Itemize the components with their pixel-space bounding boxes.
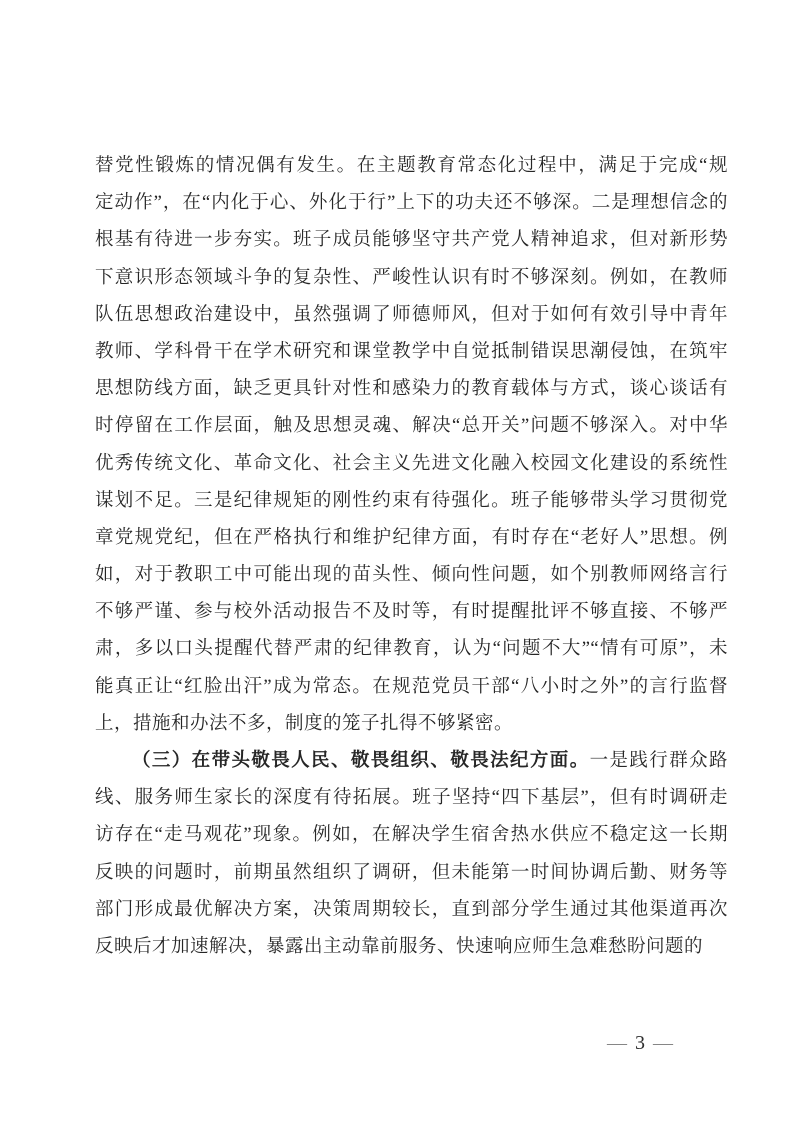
page-number: 3	[635, 1029, 645, 1057]
text-line: 肃，多以口头提醒代替严肃的纪律教育，认为“问题不大”“情有可原”，未	[95, 631, 728, 668]
text-line: 教师、学科骨干在学术研究和课堂教学中自觉抵制错误思潮侵蚀，在筑牢	[95, 334, 728, 371]
text-line: 谋划不足。三是纪律规矩的刚性约束有待强化。班子能够带头学习贯彻党	[95, 483, 728, 520]
text-run: 时停留在工作层面，触及思想灵魂、解决“总开关”问题不够深入。对中华	[95, 416, 728, 436]
text-line: 反映后才加速解决，暴露出主动靠前服务、快速响应师生急难愁盼问题的	[95, 929, 728, 966]
text-run: 能真正让“红脸出汗”成为常态。在规范党员干部“八小时之外”的言行监督	[95, 677, 728, 697]
text-run: 下意识形态领域斗争的复杂性、严峻性认识有时不够深刻。例如，在教师	[95, 268, 728, 288]
text-line: （三）在带头敬畏人民、敬畏组织、敬畏法纪方面。一是践行群众路	[95, 743, 728, 780]
text-run: 优秀传统文化、革命文化、社会主义先进文化融入校园文化建设的系统性	[95, 454, 728, 474]
text-run: 教师、学科骨干在学术研究和课堂教学中自觉抵制错误思潮侵蚀，在筑牢	[95, 342, 728, 362]
text-line: 定动作”，在“内化于心、外化于行”上下的功夫还不够深。二是理想信念的	[95, 185, 728, 222]
text-line: 根基有待进一步夯实。班子成员能够坚守共产党人精神追求，但对新形势	[95, 222, 728, 259]
text-run: 一是践行群众路	[590, 751, 728, 771]
document-page: 替党性锻炼的情况偶有发生。在主题教育常态化过程中，满足于完成“规定动作”，在“内…	[0, 0, 793, 1122]
text-run: 谋划不足。三是纪律规矩的刚性约束有待强化。班子能够带头学习贯彻党	[95, 491, 728, 511]
text-line: 不够严谨、参与校外活动报告不及时等，有时提醒批评不够直接、不够严	[95, 594, 728, 631]
text-run: 思想防线方面，缺乏更具针对性和感染力的教育载体与方式，谈心谈话有	[95, 379, 728, 399]
text-line: 如，对于教职工中可能出现的苗头性、倾向性问题，如个别教师网络言行	[95, 557, 728, 594]
text-run: 替党性锻炼的情况偶有发生。在主题教育常态化过程中，满足于完成“规	[95, 156, 728, 176]
text-line: 线、服务师生家长的深度有待拓展。班子坚持“四下基层”，但有时调研走	[95, 780, 728, 817]
text-line: 队伍思想政治建设中，虽然强调了师德师风，但对于如何有效引导中青年	[95, 297, 728, 334]
text-run: 如，对于教职工中可能出现的苗头性、倾向性问题，如个别教师网络言行	[95, 565, 728, 585]
section-heading: （三）在带头敬畏人民、敬畏组织、敬畏法纪方面。	[132, 751, 590, 771]
body-text: 替党性锻炼的情况偶有发生。在主题教育常态化过程中，满足于完成“规定动作”，在“内…	[95, 148, 728, 966]
text-run: 队伍思想政治建设中，虽然强调了师德师风，但对于如何有效引导中青年	[95, 305, 728, 325]
text-run: 上，措施和办法不多，制度的笼子扎得不够紧密。	[95, 714, 513, 734]
page-footer: — 3 —	[592, 1029, 688, 1057]
text-run: 不够严谨、参与校外活动报告不及时等，有时提醒批评不够直接、不够严	[95, 602, 728, 622]
text-line: 时停留在工作层面，触及思想灵魂、解决“总开关”问题不够深入。对中华	[95, 408, 728, 445]
text-line: 访存在“走马观花”现象。例如，在解决学生宿舍热水供应不稳定这一长期	[95, 817, 728, 854]
text-run: 部门形成最优解决方案，决策周期较长，直到部分学生通过其他渠道再次	[95, 900, 728, 920]
text-run: 访存在“走马观花”现象。例如，在解决学生宿舍热水供应不稳定这一长期	[95, 825, 728, 845]
text-line: 下意识形态领域斗争的复杂性、严峻性认识有时不够深刻。例如，在教师	[95, 260, 728, 297]
text-run: 根基有待进一步夯实。班子成员能够坚守共产党人精神追求，但对新形势	[95, 230, 728, 250]
text-line: 替党性锻炼的情况偶有发生。在主题教育常态化过程中，满足于完成“规	[95, 148, 728, 185]
text-line: 能真正让“红脸出汗”成为常态。在规范党员干部“八小时之外”的言行监督	[95, 669, 728, 706]
text-line: 思想防线方面，缺乏更具针对性和感染力的教育载体与方式，谈心谈话有	[95, 371, 728, 408]
footer-dash-left: —	[607, 1029, 627, 1057]
text-line: 上，措施和办法不多，制度的笼子扎得不够紧密。	[95, 706, 728, 743]
text-run: 定动作”，在“内化于心、外化于行”上下的功夫还不够深。二是理想信念的	[95, 193, 728, 213]
text-run: 肃，多以口头提醒代替严肃的纪律教育，认为“问题不大”“情有可原”，未	[95, 639, 728, 659]
footer-dash-right: —	[653, 1029, 673, 1057]
text-line: 章党规党纪，但在严格执行和维护纪律方面，有时存在“老好人”思想。例	[95, 520, 728, 557]
text-run: 反映后才加速解决，暴露出主动靠前服务、快速响应师生急难愁盼问题的	[95, 937, 703, 957]
text-run: 章党规党纪，但在严格执行和维护纪律方面，有时存在“老好人”思想。例	[95, 528, 728, 548]
text-line: 部门形成最优解决方案，决策周期较长，直到部分学生通过其他渠道再次	[95, 892, 728, 929]
text-line: 优秀传统文化、革命文化、社会主义先进文化融入校园文化建设的系统性	[95, 446, 728, 483]
text-line: 反映的问题时，前期虽然组织了调研，但未能第一时间协调后勤、财务等	[95, 855, 728, 892]
text-run: 反映的问题时，前期虽然组织了调研，但未能第一时间协调后勤、财务等	[95, 863, 728, 883]
text-run: 线、服务师生家长的深度有待拓展。班子坚持“四下基层”，但有时调研走	[95, 788, 728, 808]
